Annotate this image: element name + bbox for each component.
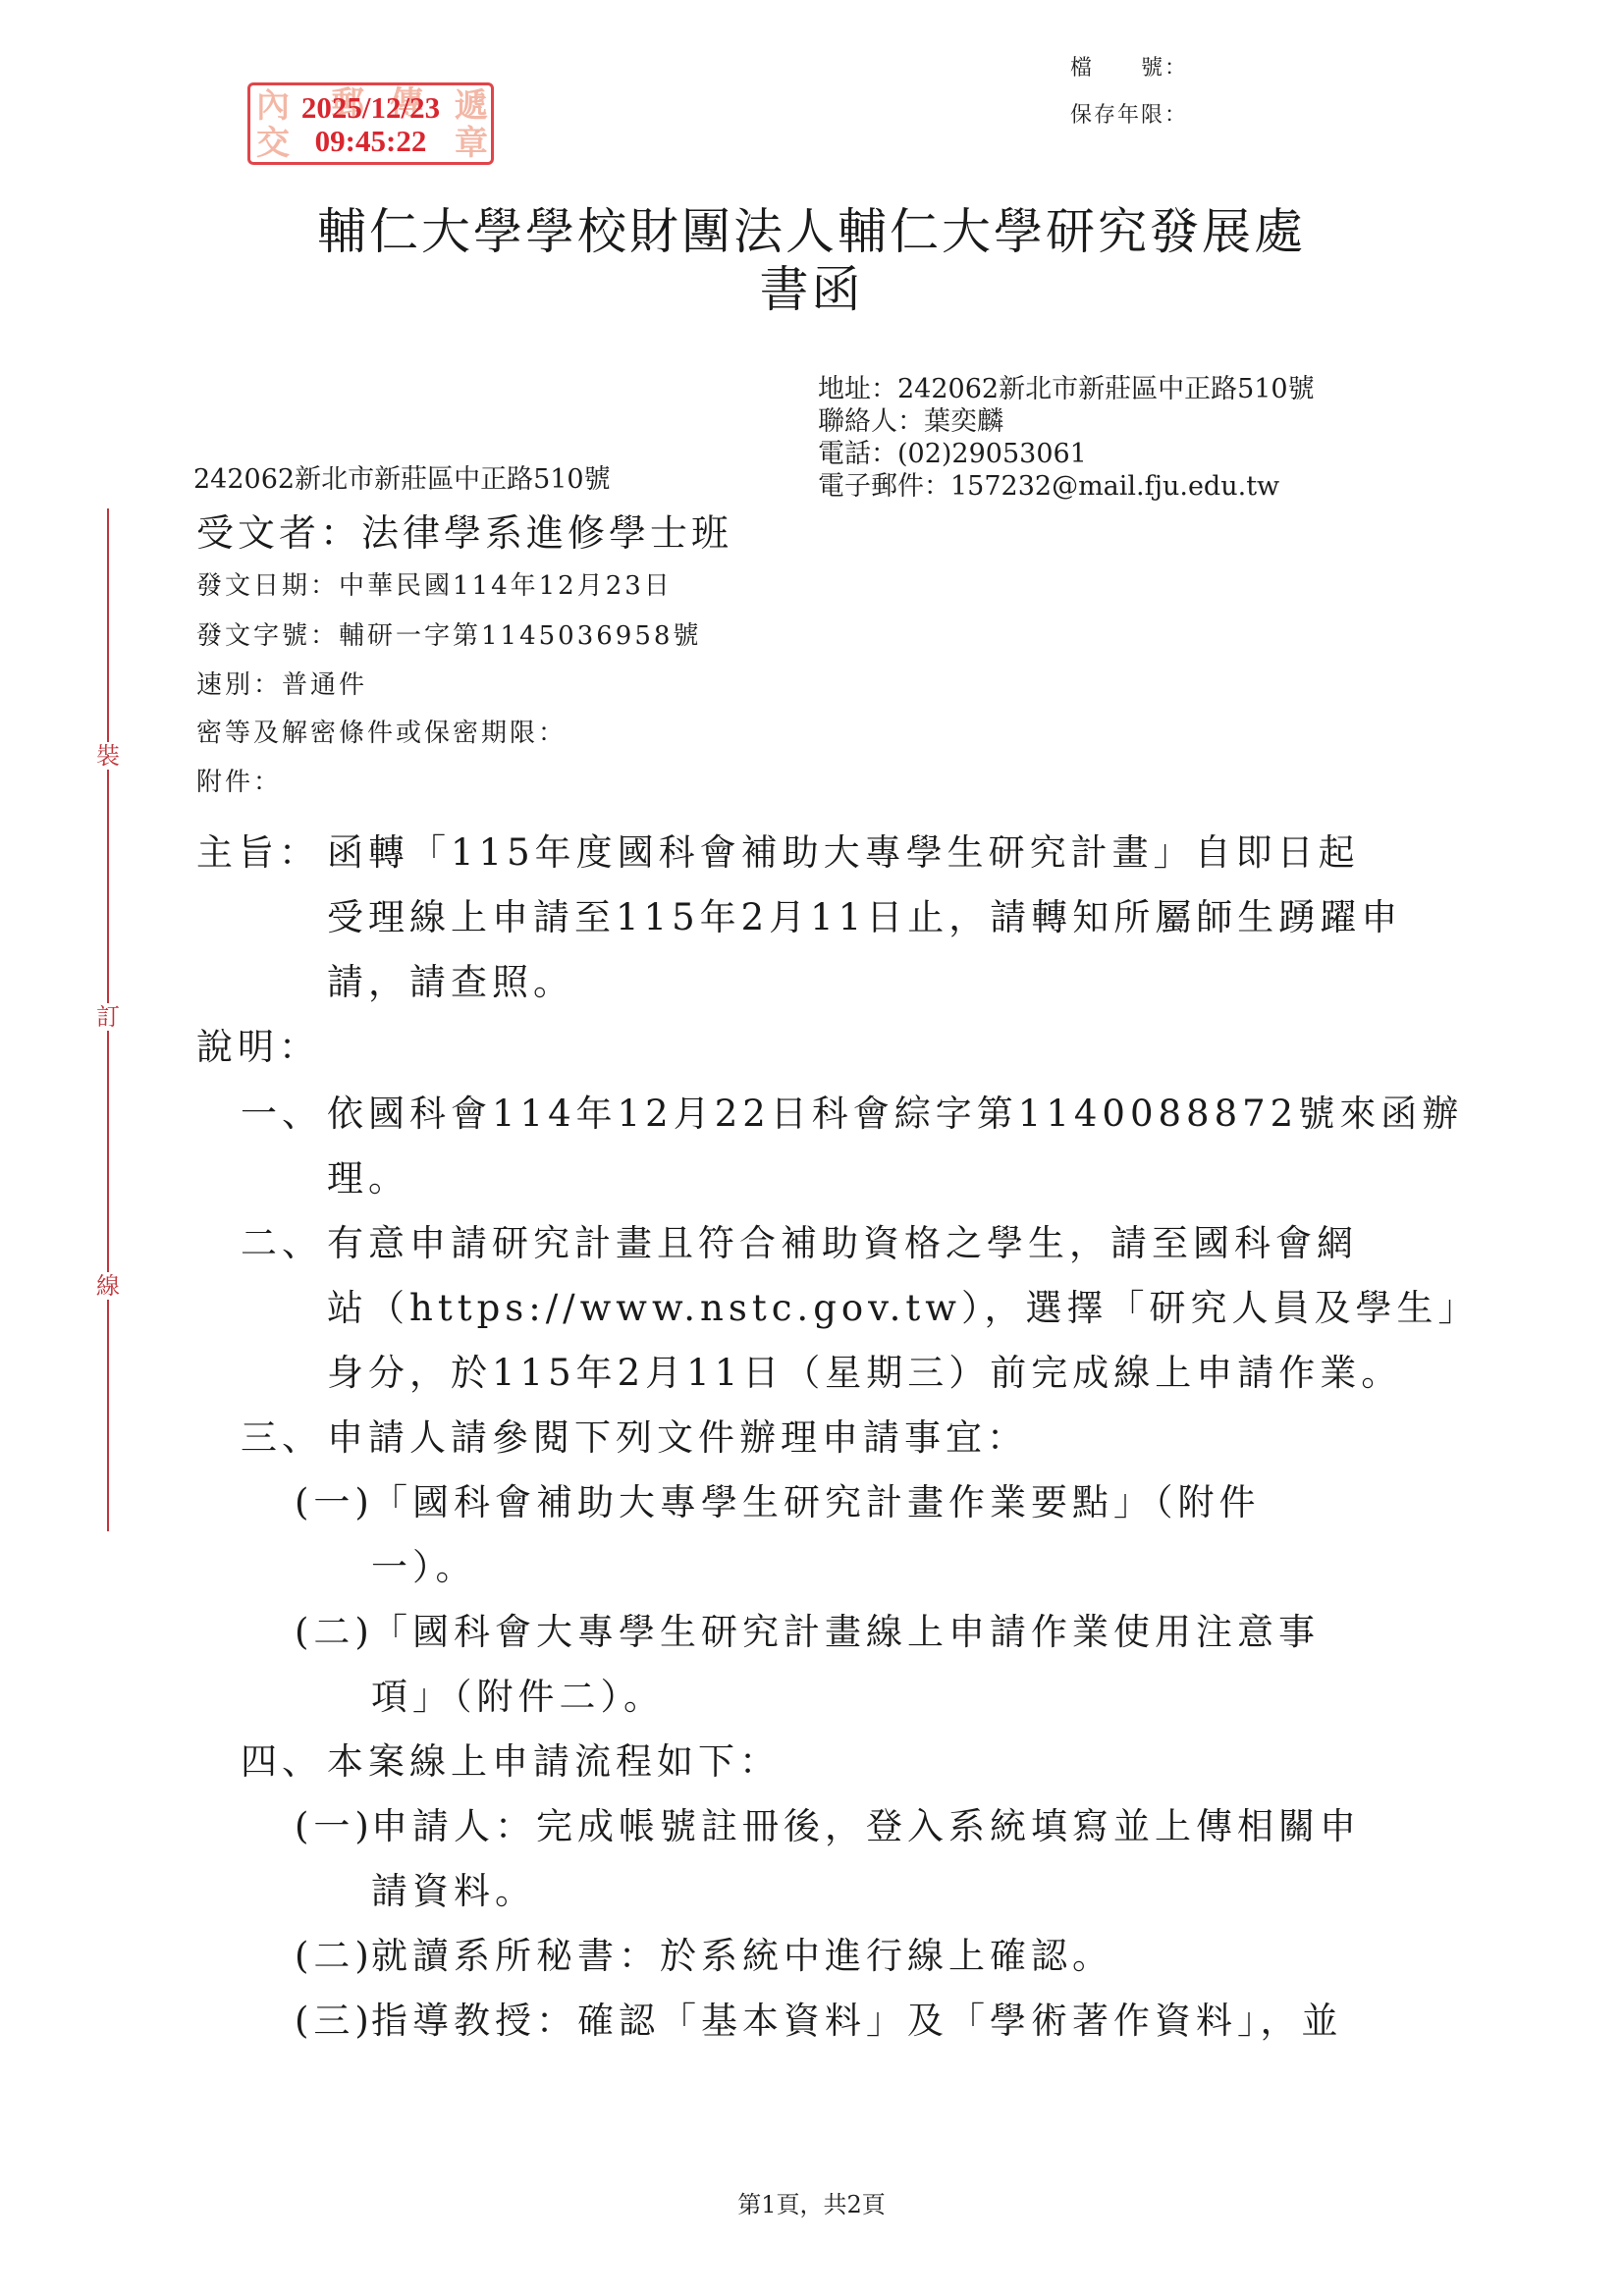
subitem-line: 就讀系所秘書：於系統中進行線上確認。 (371, 1926, 1113, 1979)
item-line: 站（https://www.nstc.gov.tw），選擇「研究人員及學生」 (327, 1278, 1479, 1331)
subitem-line: 請資料。 (371, 1861, 536, 1914)
subitem-line: 一）。 (371, 1537, 477, 1590)
subject-label: 主旨： (196, 823, 320, 876)
received-timestamp-stamp: 內 交 郵 傳 遞 章 2025/12/23 09:45:22 (247, 82, 494, 165)
item-marker: 四、 (241, 1732, 323, 1785)
explanation-label: 說明： (196, 1017, 320, 1070)
subitem-line: 申請人：完成帳號註冊後，登入系統填寫並上傳相關申 (371, 1796, 1361, 1849)
stamp-date: 2025/12/23 (250, 91, 491, 125)
item-line: 本案線上申請流程如下： (327, 1732, 781, 1785)
binding-margin-char: 訂 (94, 1003, 122, 1031)
document-number: 發文字號：輔研一字第1145036958號 (196, 615, 701, 652)
contact-email: 電子郵件：157232@mail.fju.edu.tw (818, 470, 1279, 503)
subitem-marker: (一) (295, 1472, 374, 1525)
page-indicator: 第1頁，共2頁 (0, 2185, 1623, 2219)
subitem-line: 「國科會補助大專學生研究計畫作業要點」（附件 (371, 1472, 1261, 1525)
contact-phone: 電話：(02)29053061 (818, 438, 1087, 470)
binding-margin-char: 線 (94, 1272, 122, 1300)
subject-line: 受理線上申請至115年2月11日止，請轉知所屬師生踴躍申 (327, 887, 1402, 940)
issue-date: 發文日期：中華民國114年12月23日 (196, 565, 673, 602)
issuer-address: 地址：242062新北市新莊區中正路510號 (818, 373, 1315, 405)
binding-margin-char: 裝 (94, 742, 122, 770)
item-line: 依國科會114年12月22日科會綜字第1140088872號來函辦 (327, 1084, 1463, 1137)
recipient: 受文者：法律學系進修學士班 (196, 503, 732, 557)
recipient-address: 242062新北市新莊區中正路510號 (193, 457, 611, 496)
subitem-marker: (二) (295, 1602, 374, 1655)
item-line: 身分，於115年2月11日（星期三）前完成線上申請作業。 (327, 1343, 1402, 1396)
confidentiality-level: 密等及解密條件或保密期限： (196, 713, 567, 749)
retention-period-label: 保存年限： (1070, 98, 1188, 129)
contact-person: 聯絡人：葉奕麟 (818, 405, 1003, 438)
item-marker: 一、 (241, 1084, 323, 1137)
subitem-marker: (二) (295, 1926, 374, 1979)
stamp-time: 09:45:22 (250, 125, 491, 158)
item-line: 有意申請研究計畫且符合補助資格之學生，請至國科會網 (327, 1213, 1358, 1266)
subitem-line: 指導教授：確認「基本資料」及「學術著作資料」，並 (371, 1991, 1343, 2044)
subitem-line: 項」（附件二）。 (371, 1667, 665, 1720)
item-line: 申請人請參閱下列文件辦理申請事宜： (327, 1408, 1028, 1461)
item-line: 理。 (327, 1148, 409, 1201)
subitem-marker: (三) (295, 1991, 374, 2044)
delivery-speed: 速別：普通件 (196, 665, 367, 701)
document-type-title: 書函 (0, 250, 1623, 321)
subject-line: 函轉「115年度國科會補助大專學生研究計畫」自即日起 (327, 823, 1360, 876)
attachments-label: 附件： (196, 762, 282, 798)
file-number-label: 檔 號： (1070, 51, 1188, 81)
subitem-line: 「國科會大專學生研究計畫線上申請作業使用注意事 (371, 1602, 1320, 1655)
subitem-marker: (一) (295, 1796, 374, 1849)
subject-line: 請，請查照。 (327, 952, 574, 1005)
item-marker: 二、 (241, 1213, 323, 1266)
item-marker: 三、 (241, 1408, 323, 1461)
